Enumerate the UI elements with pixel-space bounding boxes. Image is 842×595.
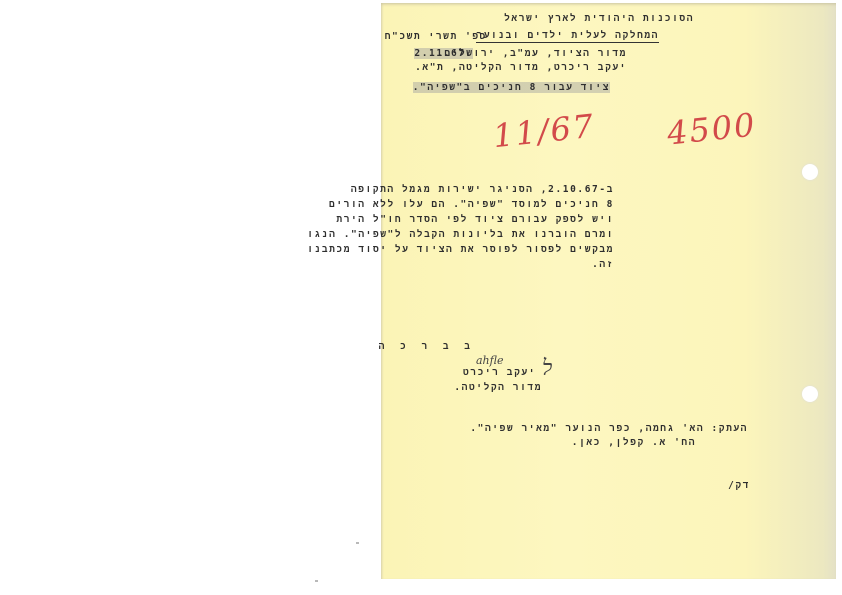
signature-scribble: ahfle: [476, 354, 504, 367]
signer-title: מדור הקליטה.: [454, 382, 542, 393]
subject-text: ציוד עבור 8 חניכים ב"שפיה".: [413, 82, 610, 93]
subject-line: ציוד עבור 8 חניכים ב"שפיה".: [413, 82, 610, 93]
body-line: 8 חניכים למוסד "שפיה". הם עלו ללא הורים: [307, 197, 614, 212]
addressee-1: מדור הציוד, עמ"ב, ירושלים.: [437, 48, 627, 59]
letterhead-organization: הסוכנות היהודית לארץ ישראל: [504, 13, 694, 24]
signature-initial: ל: [542, 355, 552, 381]
typist-initials: דק/: [728, 480, 750, 491]
hebrew-date: כפ' תשרי תשכ"ח: [385, 31, 487, 42]
cc-line-1: העתק: הא' גחמה, כפר הנוער "מאיר שפיה".: [470, 423, 748, 434]
scan-speck: [356, 542, 359, 544]
body-line: מבקשים לפסור לפוסר את הציוד על יסוד מכתב…: [307, 242, 614, 257]
scan-speck: [315, 580, 318, 582]
body-line: זה.: [307, 257, 614, 272]
body-line: ויש לספק עבורם ציוד לפי הסדר חו"ל הירת: [307, 212, 614, 227]
body-line: ומרם הוברנו את בליונות הקבלה ל"שפיה". הנ…: [307, 227, 614, 242]
punch-hole-bottom: [802, 386, 818, 402]
letterhead-department: המחלקה לעלית ילדים ובנוער: [476, 30, 659, 43]
body-line: ב-2.10.67, הסניגר ישירות מגמל התקופה: [307, 182, 614, 197]
closing: ב ב ר כ ה: [379, 341, 475, 352]
signer-name: יעקב ריכרט: [463, 367, 536, 378]
addressee-2: יעקב ריכרט, מדור הקליטה, ת"א.: [415, 62, 627, 73]
punch-hole-top: [802, 164, 818, 180]
letter-body: ב-2.10.67, הסניגר ישירות מגמל התקופה 8 ח…: [307, 182, 614, 272]
cc-line-2: הח' א. קפלן, כאן.: [572, 437, 696, 448]
